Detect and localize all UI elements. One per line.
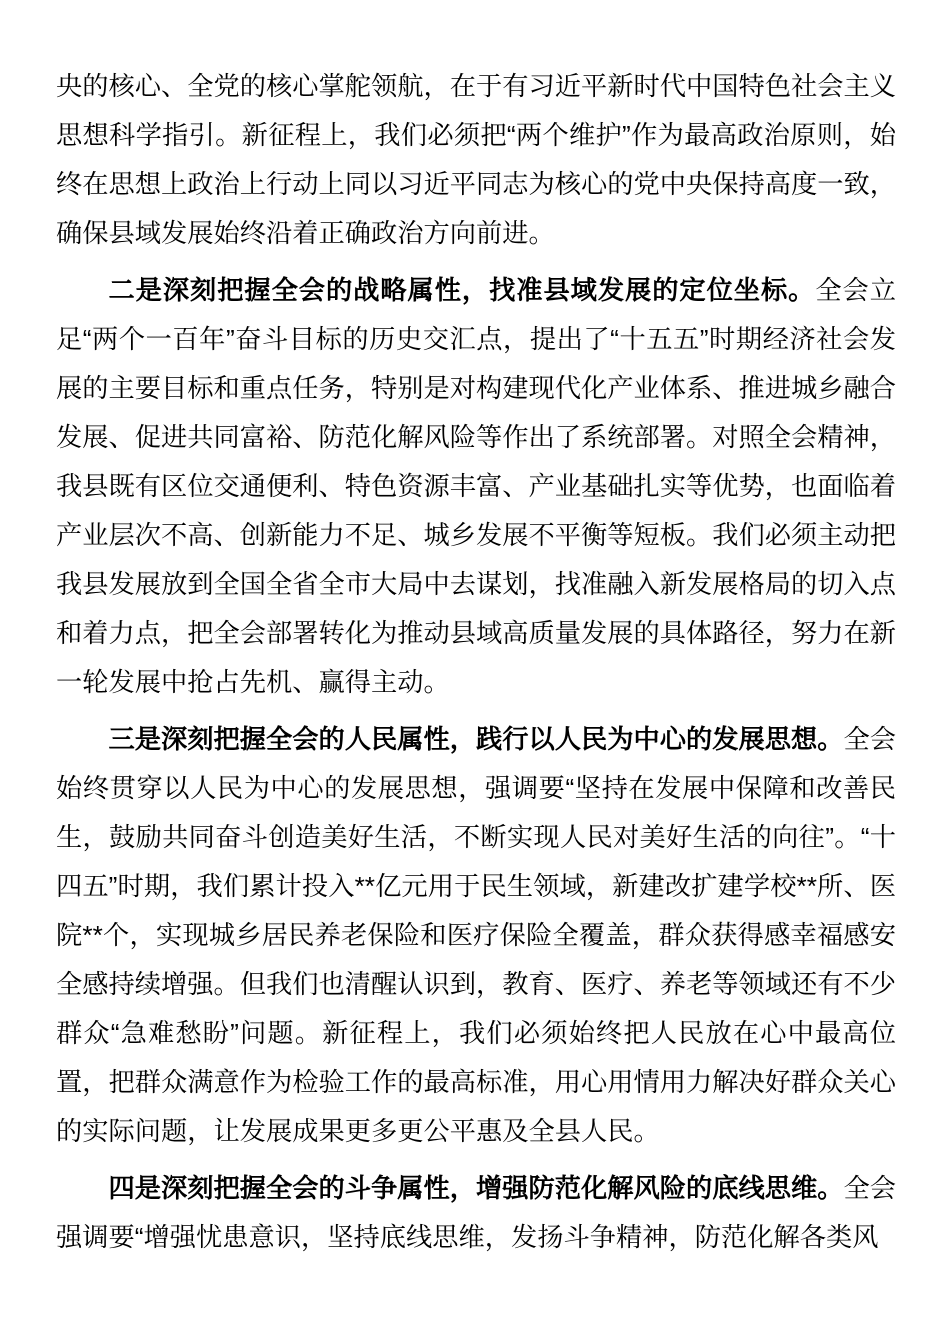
paragraph-point-3: 三是深刻把握全会的人民属性，践行以人民为中心的发展思想。全会始终贯穿以人民为中心… [56, 715, 896, 1156]
paragraph-point-2: 二是深刻把握全会的战略属性，找准县域发展的定位坐标。全会立足“两个一百年”奋斗目… [56, 266, 896, 707]
paragraph-text: 全会始终贯穿以人民为中心的发展思想，强调要“坚持在发展中保障和改善民生，鼓励共同… [56, 724, 896, 1146]
paragraph-text: 央的核心、全党的核心掌舵领航，在于有习近平新时代中国特色社会主义思想科学指引。新… [56, 71, 896, 248]
paragraph-lead: 二是深刻把握全会的战略属性，找准县域发展的定位坐标。 [109, 275, 816, 305]
paragraph-continuation: 央的核心、全党的核心掌舵领航，在于有习近平新时代中国特色社会主义思想科学指引。新… [56, 62, 896, 258]
paragraph-lead: 三是深刻把握全会的人民属性，践行以人民为中心的发展思想。 [109, 724, 844, 754]
paragraph-point-4: 四是深刻把握全会的斗争属性，增强防范化解风险的底线思维。全会强调要“增强忧患意识… [56, 1164, 896, 1262]
paragraph-text: 全会立足“两个一百年”奋斗目标的历史交汇点，提出了“十五五”时期经济社会发展的主… [56, 275, 896, 697]
paragraph-lead: 四是深刻把握全会的斗争属性，增强防范化解风险的底线思维。 [109, 1173, 844, 1203]
document-page: 央的核心、全党的核心掌舵领航，在于有习近平新时代中国特色社会主义思想科学指引。新… [0, 0, 950, 1344]
document-body: 央的核心、全党的核心掌舵领航，在于有习近平新时代中国特色社会主义思想科学指引。新… [0, 0, 950, 1262]
